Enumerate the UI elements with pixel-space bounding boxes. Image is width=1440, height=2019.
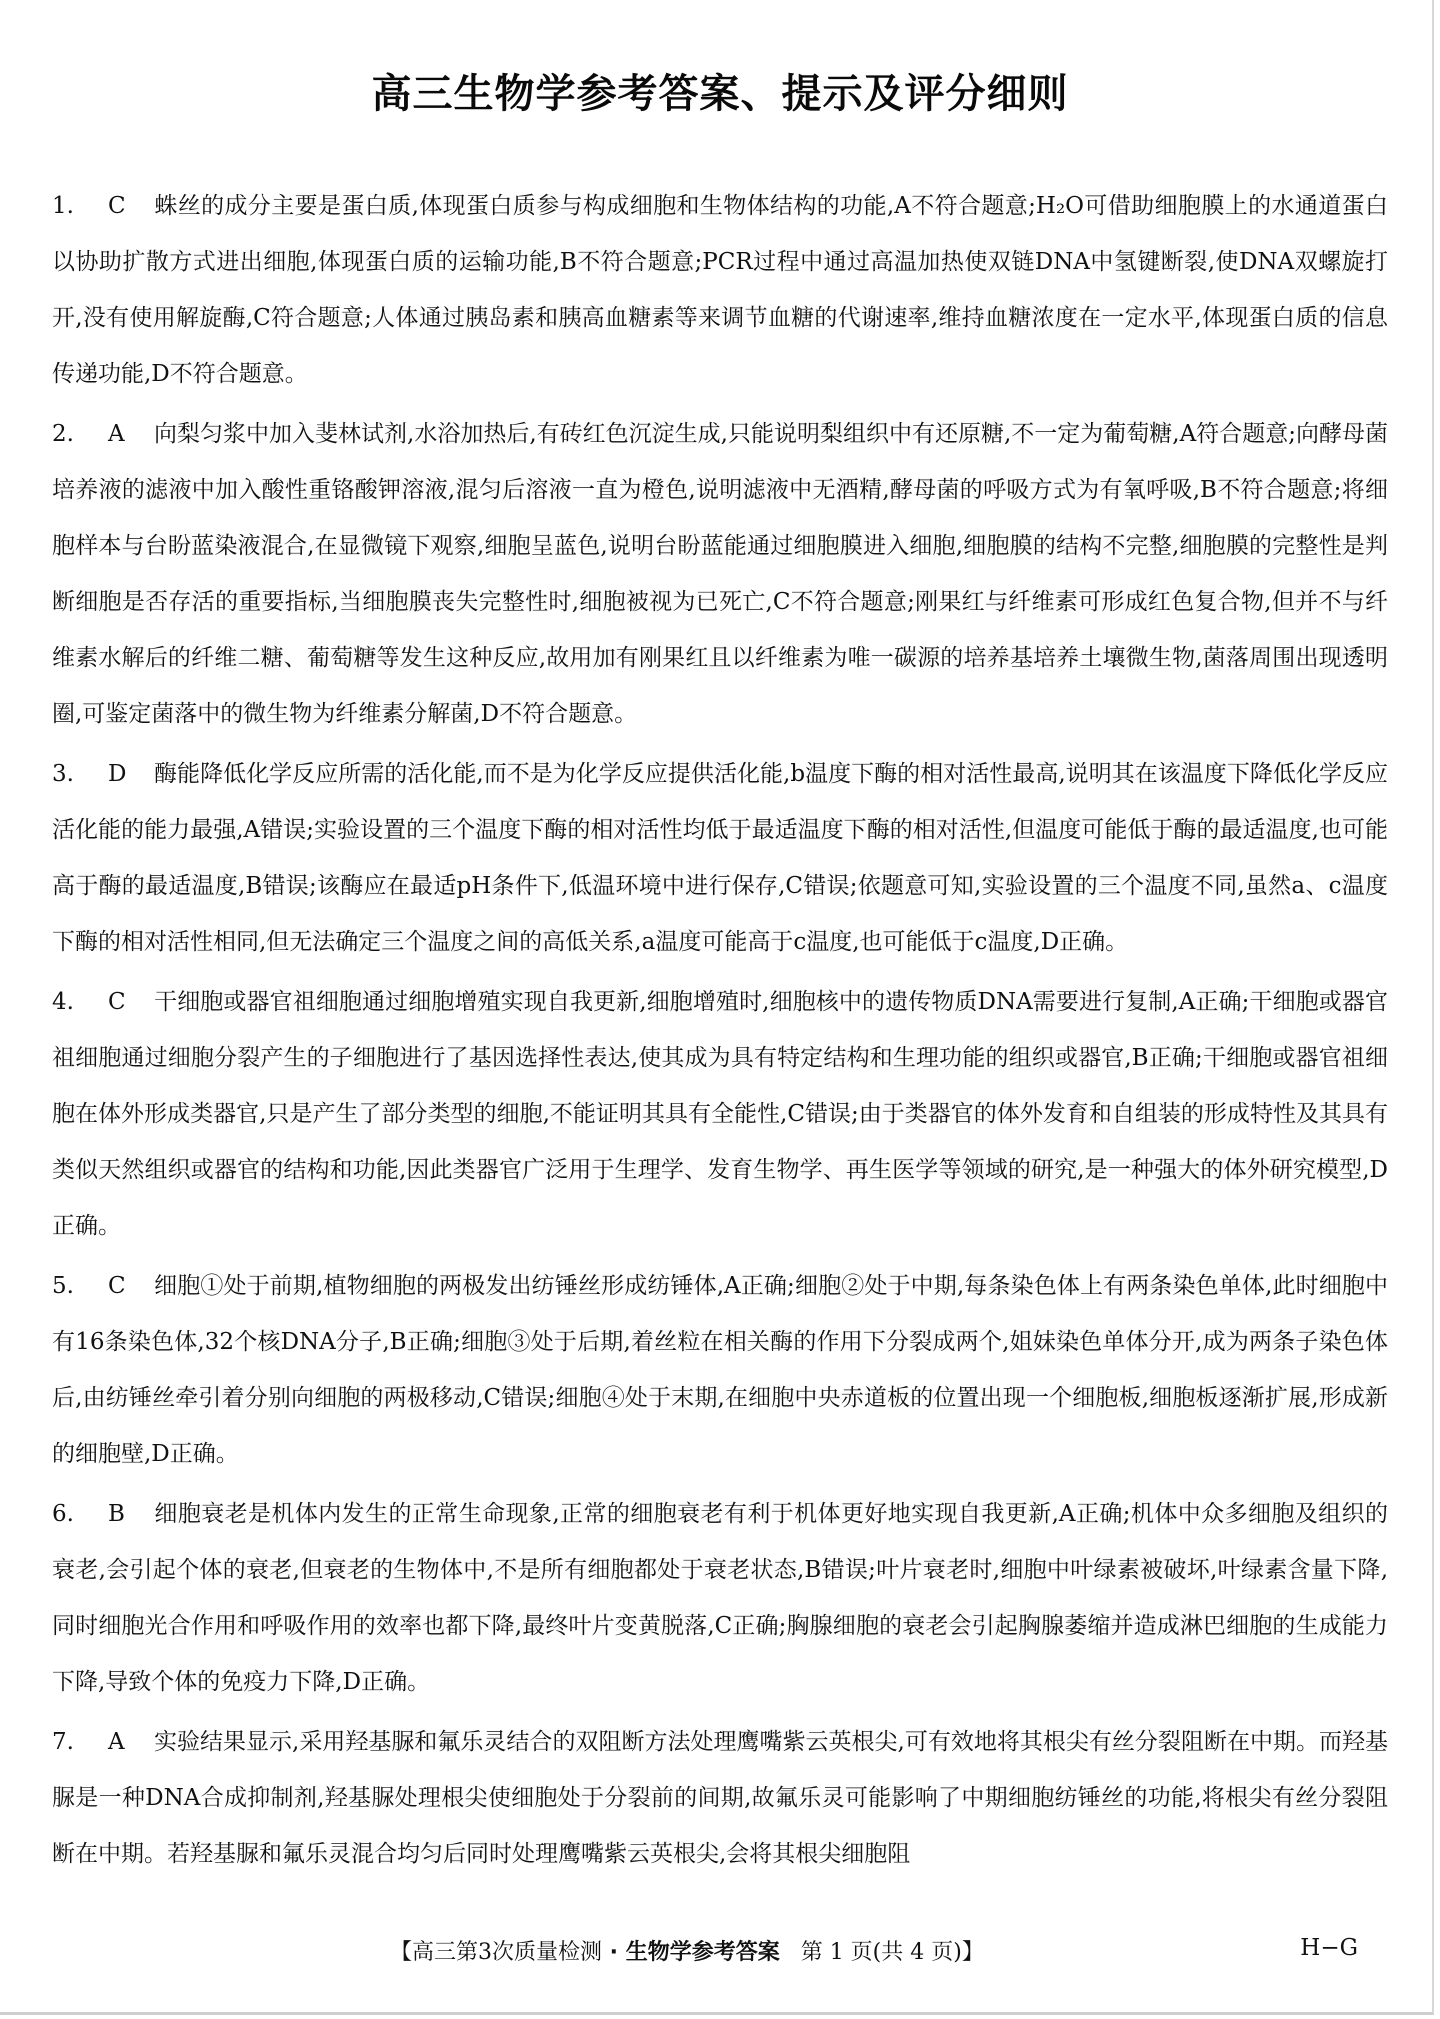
footer-code: H−G [1300,1935,1358,1961]
item-answer: A [108,406,154,462]
item-explanation: 细胞衰老是机体内发生的正常生命现象,正常的细胞衰老有利于机体更好地实现自我更新,… [52,1501,1388,1695]
answer-item-5: 5.C细胞①处于前期,植物细胞的两极发出纺锤丝形成纺锤体,A正确;细胞②处于中期… [52,1258,1388,1482]
document-title: 高三生物学参考答案、提示及评分细则 [0,62,1440,119]
item-explanation: 干细胞或器官祖细胞通过细胞增殖实现自我更新,细胞增殖时,细胞核中的遗传物质DNA… [52,989,1388,1239]
answer-item-3: 3.D酶能降低化学反应所需的活化能,而不是为化学反应提供活化能,b温度下酶的相对… [52,746,1388,970]
item-answer: C [108,974,154,1030]
answer-sheet-page: 高三生物学参考答案、提示及评分细则 1.C蛛丝的成分主要是蛋白质,体现蛋白质参与… [0,0,1434,2015]
item-explanation: 实验结果显示,采用羟基脲和氟乐灵结合的双阻断方法处理鹰嘴紫云英根尖,可有效地将其… [52,1729,1388,1867]
answer-item-7: 7.A实验结果显示,采用羟基脲和氟乐灵结合的双阻断方法处理鹰嘴紫云英根尖,可有效… [52,1714,1388,1882]
answer-list: 1.C蛛丝的成分主要是蛋白质,体现蛋白质参与构成细胞和生物体结构的功能,A不符合… [52,178,1388,1886]
footer-separator: · [602,1940,626,1965]
item-answer: C [108,178,154,234]
item-answer: D [108,746,154,802]
footer-right-bracket: 】 [962,1940,984,1965]
answer-item-4: 4.C干细胞或器官祖细胞通过细胞增殖实现自我更新,细胞增殖时,细胞核中的遗传物质… [52,974,1388,1254]
footer-doc-name: 生物学参考答案 [626,1940,780,1965]
item-number: 6. [52,1486,108,1542]
item-number: 1. [52,178,108,234]
item-number: 7. [52,1714,108,1770]
item-number: 2. [52,406,108,462]
item-answer: A [108,1714,154,1770]
answer-item-6: 6.B细胞衰老是机体内发生的正常生命现象,正常的细胞衰老有利于机体更好地实现自我… [52,1486,1388,1710]
item-explanation: 向梨匀浆中加入斐林试剂,水浴加热后,有砖红色沉淀生成,只能说明梨组织中有还原糖,… [52,421,1388,727]
item-number: 5. [52,1258,108,1314]
page-footer: 【高三第3次质量检测 · 生物学参考答案 第 1 页(共 4 页)】 H−G [0,1935,1440,1975]
footer-caption: 【高三第3次质量检测 · 生物学参考答案 第 1 页(共 4 页)】 [390,1935,984,1966]
item-number: 3. [52,746,108,802]
item-answer: B [108,1486,154,1542]
answer-item-1: 1.C蛛丝的成分主要是蛋白质,体现蛋白质参与构成细胞和生物体结构的功能,A不符合… [52,178,1388,402]
item-explanation: 蛛丝的成分主要是蛋白质,体现蛋白质参与构成细胞和生物体结构的功能,A不符合题意;… [52,193,1388,387]
item-explanation: 酶能降低化学反应所需的活化能,而不是为化学反应提供活化能,b温度下酶的相对活性最… [52,761,1388,955]
footer-exam-name: 高三第3次质量检测 [412,1940,602,1965]
item-number: 4. [52,974,108,1030]
answer-item-2: 2.A向梨匀浆中加入斐林试剂,水浴加热后,有砖红色沉淀生成,只能说明梨组织中有还… [52,406,1388,742]
footer-page-info: 第 1 页(共 4 页) [801,1940,962,1965]
item-answer: C [108,1258,154,1314]
item-explanation: 细胞①处于前期,植物细胞的两极发出纺锤丝形成纺锤体,A正确;细胞②处于中期,每条… [52,1273,1388,1467]
footer-left-bracket: 【 [390,1940,412,1965]
